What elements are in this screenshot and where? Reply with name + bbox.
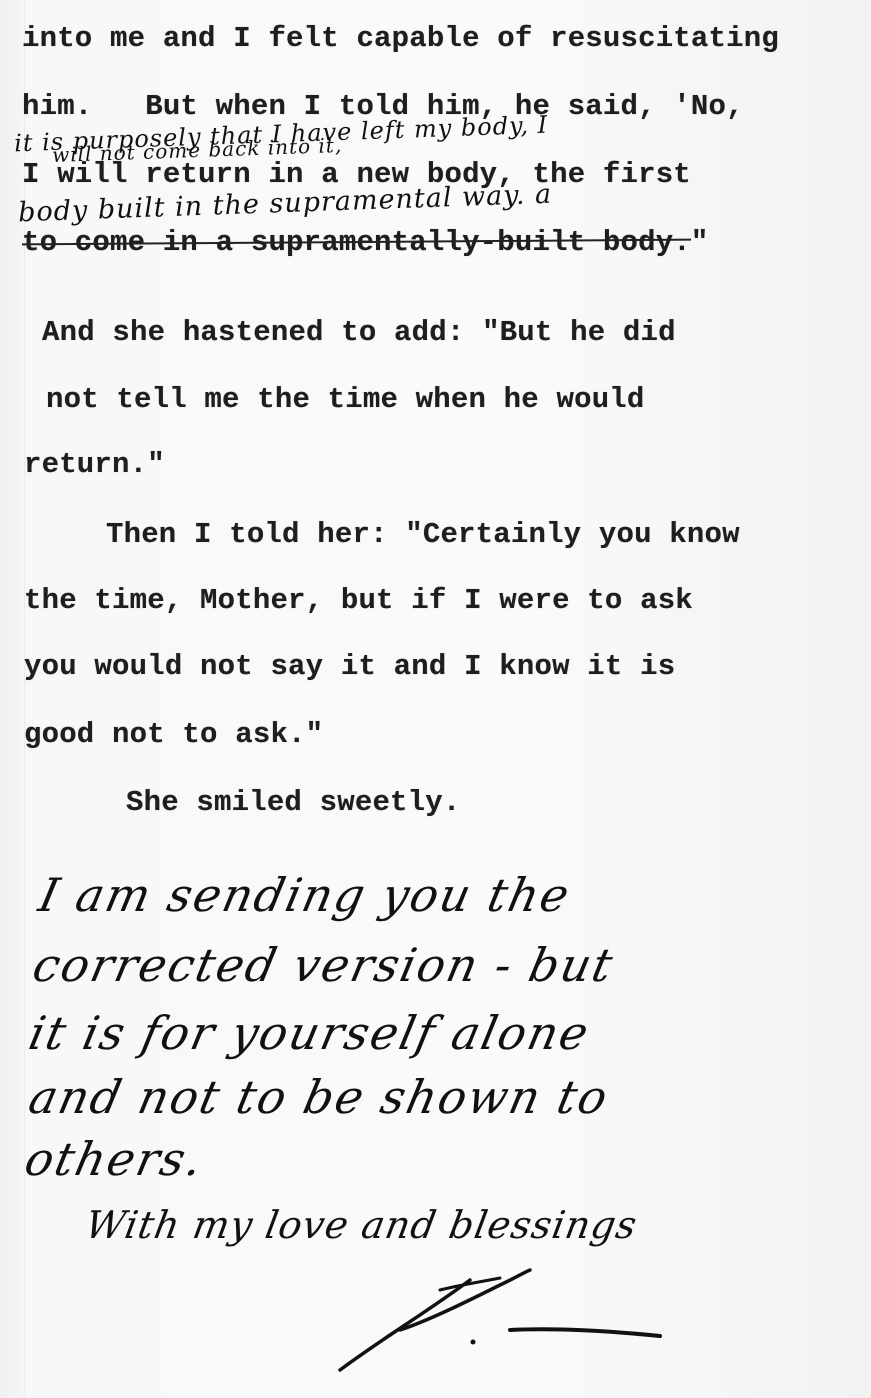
typed-line: you would not say it and I know it is xyxy=(24,652,675,681)
closing-quote: " xyxy=(691,226,709,259)
document-page: into me and I felt capable of resuscitat… xyxy=(0,0,871,1398)
handwritten-note-line: and not to be shown to xyxy=(25,1074,613,1120)
handwritten-note-line: it is for yourself alone xyxy=(25,1010,594,1056)
typed-line: the time, Mother, but if I were to ask xyxy=(24,586,693,615)
typed-line: good not to ask." xyxy=(24,720,323,749)
typed-line: return." xyxy=(24,450,165,479)
typed-line: Then I told her: "Certainly you know xyxy=(106,520,740,549)
handwritten-note-line: I am sending you the xyxy=(35,872,575,918)
signature xyxy=(300,1230,680,1380)
handwritten-note-line: others. xyxy=(21,1136,208,1182)
typed-line: And she hastened to add: "But he did xyxy=(42,318,676,347)
typed-line: not tell me the time when he would xyxy=(46,385,645,414)
struck-text: to come in a supramentally-built body. xyxy=(22,228,691,257)
struck-typed-line: to come in a supramentally-built body." xyxy=(22,228,709,257)
handwritten-note-line: corrected version - but xyxy=(29,942,618,988)
typed-line: into me and I felt capable of resuscitat… xyxy=(22,24,779,53)
typed-line: She smiled sweetly. xyxy=(126,788,460,817)
